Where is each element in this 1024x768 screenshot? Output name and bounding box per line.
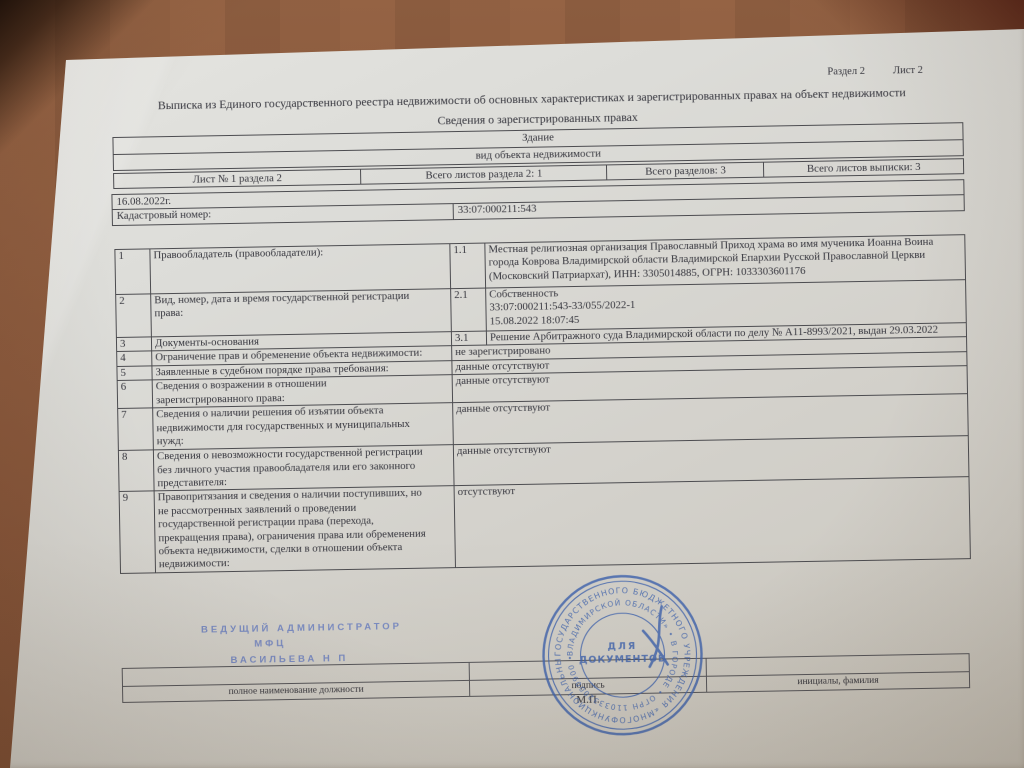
row-number: 6 [118,381,152,409]
row-number: 5 [117,366,151,380]
row-label: Правообладатель (правообладатели): [149,244,450,293]
official-stamp: ГОСУДАРСТВЕННОГО БЮДЖЕТНОГО УЧРЕЖДЕНИЯ «… [535,568,710,743]
row-label: Вид, номер, дата и время государственной… [150,289,451,336]
table-row: 9 Правопритязания и сведения о наличии п… [120,477,970,574]
row-label: Правопритязания и сведения о наличии пос… [154,487,455,573]
header-cell-sheet: Лист № 1 раздела 2 [114,170,360,188]
row-number: 9 [120,492,155,574]
rights-table: 1 Правообладатель (правообладатели): 1.1… [114,234,971,574]
stamped-signer-name: ВАСИЛЬЕВА Н П [230,653,348,666]
row-label: Сведения о наличии решения об изъятии об… [152,403,453,449]
row-subnumber: 3.1 [451,332,486,346]
stamp-center-line1: ДЛЯ [607,641,637,653]
stamped-position-line2: МФЦ [254,638,286,650]
header-cell-extract-sheets-total: Всего листов выписки: 3 [763,159,963,176]
row-number: 7 [118,409,153,451]
stamped-position-line1: ВЕДУЩИЙ АДМИНИСТРАТОР [201,621,402,636]
row-value: Местная религиозная организация Правосла… [484,235,965,287]
row-label: Сведения о невозможности государственной… [153,445,454,490]
row-subnumber: 2.1 [450,289,486,332]
row-number: 8 [119,451,154,492]
row-number: 2 [116,294,151,337]
row-number: 1 [115,249,150,294]
header-cell-sheets-total: Всего листов раздела 2: 1 [360,165,606,183]
row-number: 4 [117,352,151,366]
section-label: Раздел 2 [827,66,865,78]
document-content: Раздел 2Лист 2 Выписка из Единого госуда… [0,0,1024,768]
row-number: 3 [117,337,151,351]
caption-name: инициалы, фамилия [706,672,969,692]
header-cell-sections-total: Всего разделов: 3 [606,163,763,180]
row-value: Собственность 33:07:000211:543-33/055/20… [485,280,966,330]
corner-meta: Раздел 2Лист 2 [827,64,951,77]
sheet-label: Лист 2 [893,65,923,77]
row-label: Сведения о возражении в отношении зареги… [152,375,452,407]
row-value: отсутствуют [454,478,970,568]
row-subnumber: 1.1 [449,244,485,289]
